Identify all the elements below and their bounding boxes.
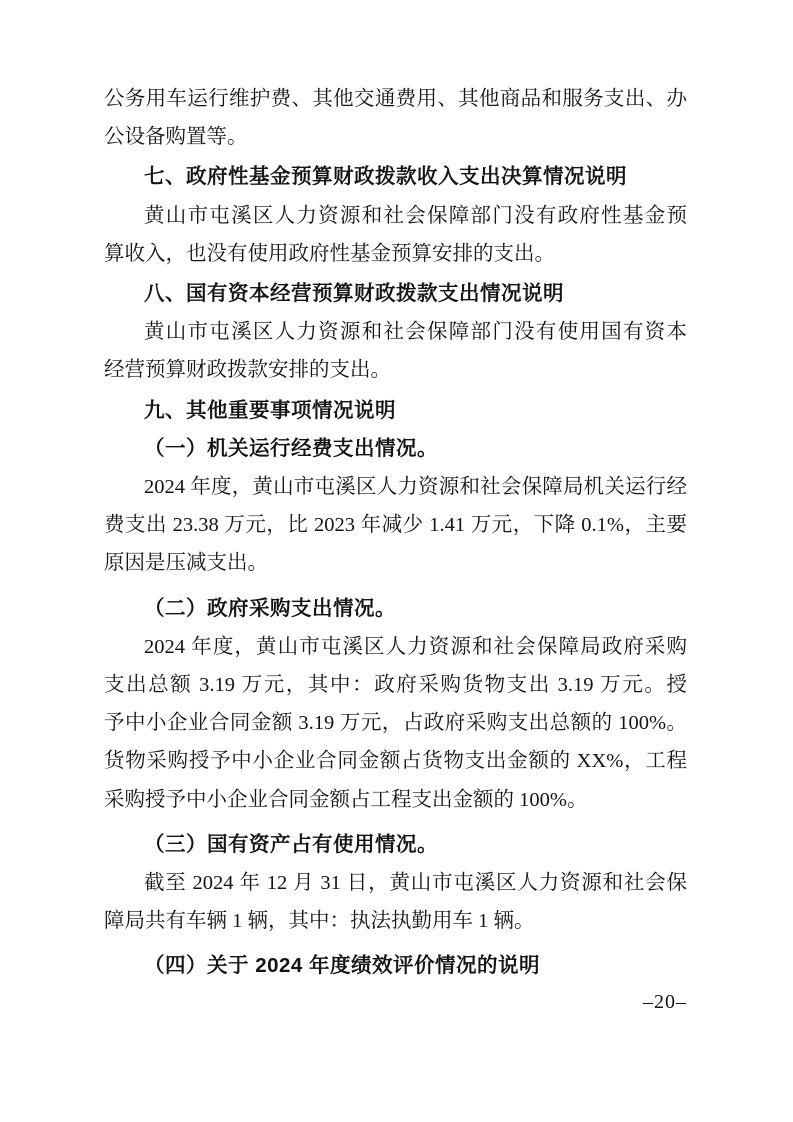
document-body: 公务用车运行维护费、其他交通费用、其他商品和服务支出、办 公设备购置等。 七、政…: [104, 80, 687, 986]
text-line: 黄山市屯溪区人力资源和社会保障部门没有使用国有资本: [104, 313, 687, 351]
subsection-heading-2: （二）政府采购支出情况。: [104, 590, 687, 628]
text-line: 截至 2024 年 12 月 31 日，黄山市屯溪区人力资源和社会保: [104, 864, 687, 902]
text-line: 支出总额 3.19 万元，其中：政府采购货物支出 3.19 万元。授: [104, 666, 687, 704]
text-line: 算收入，也没有使用政府性基金预算安排的支出。: [104, 235, 687, 273]
subsection-heading-1: （一）机关运行经费支出情况。: [104, 430, 687, 468]
text-line: 黄山市屯溪区人力资源和社会保障部门没有政府性基金预: [104, 197, 687, 235]
text-line: 费支出 23.38 万元，比 2023 年减少 1.41 万元，下降 0.1%，…: [104, 506, 687, 544]
section-heading-7: 七、政府性基金预算财政拨款收入支出决算情况说明: [104, 158, 687, 196]
page-number: –20–: [104, 991, 687, 1014]
text-line: 货物采购授予中小企业合同金额占货物支出金额的 XX%，工程: [104, 742, 687, 780]
document-page: 公务用车运行维护费、其他交通费用、其他商品和服务支出、办 公设备购置等。 七、政…: [0, 0, 793, 1122]
text-line: 原因是压减支出。: [104, 544, 687, 582]
text-line: 障局共有车辆 1 辆，其中：执法执勤用车 1 辆。: [104, 902, 687, 940]
text-line: 采购授予中小企业合同金额占工程支出金额的 100%。: [104, 781, 687, 819]
section-heading-9: 九、其他重要事项情况说明: [104, 392, 687, 430]
subsection-heading-3: （三）国有资产占有使用情况。: [104, 826, 687, 864]
subsection-heading-4: （四）关于 2024 年度绩效评价情况的说明: [104, 947, 687, 985]
text-line: 予中小企业合同金额 3.19 万元，占政府采购支出总额的 100%。: [104, 704, 687, 742]
text-line: 2024 年度，黄山市屯溪区人力资源和社会保障局机关运行经: [104, 468, 687, 506]
text-line: 公设备购置等。: [104, 118, 687, 156]
section-heading-8: 八、国有资本经营预算财政拨款支出情况说明: [104, 275, 687, 313]
text-line: 经营预算财政拨款安排的支出。: [104, 351, 687, 389]
text-line: 公务用车运行维护费、其他交通费用、其他商品和服务支出、办: [104, 80, 687, 118]
text-line: 2024 年度，黄山市屯溪区人力资源和社会保障局政府采购: [104, 628, 687, 666]
